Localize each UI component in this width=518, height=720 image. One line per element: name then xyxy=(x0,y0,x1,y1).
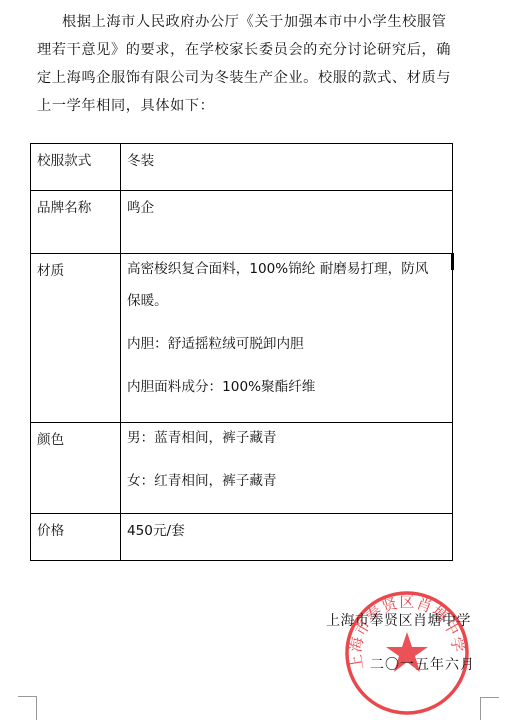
table-row: 材质 高密梭织复合面料，100%锦纶 耐磨易打理，防风 保暖。 内胆：舒适摇粒绒… xyxy=(31,254,453,423)
row-value-brand: 鸣企 xyxy=(121,191,453,254)
row-label-price: 价格 xyxy=(31,514,121,561)
row-label-style: 校服款式 xyxy=(31,144,121,191)
text-cursor-marker xyxy=(451,253,454,270)
official-seal-stamp: 上海市奉贤区肖塘中学 xyxy=(344,590,470,716)
material-line: 保暖。 xyxy=(127,291,446,311)
intro-paragraph: 根据上海市人民政府办公厅《关于加强本市中小学生校服管理若干意见》的要求，在学校家… xyxy=(37,8,457,120)
table-row: 价格 450元/套 xyxy=(31,514,453,561)
row-label-color: 颜色 xyxy=(31,423,121,514)
row-label-material: 材质 xyxy=(31,254,121,423)
lining-line: 内胆：舒适摇粒绒可脱卸内胆 xyxy=(127,334,446,354)
material-line: 高密梭织复合面料，100%锦纶 耐磨易打理，防风 xyxy=(127,259,446,279)
uniform-spec-table: 校服款式 冬装 品牌名称 鸣企 材质 高密梭织复合面料，100%锦纶 耐磨易打理… xyxy=(30,143,453,561)
table-row: 颜色 男：蓝青相间，裤子藏青 女：红青相间，裤子藏青 xyxy=(31,423,453,514)
row-value-style: 冬装 xyxy=(121,144,453,191)
table-row: 品牌名称 鸣企 xyxy=(31,191,453,254)
table-row: 校服款式 冬装 xyxy=(31,144,453,191)
row-value-material: 高密梭织复合面料，100%锦纶 耐磨易打理，防风 保暖。 内胆：舒适摇粒绒可脱卸… xyxy=(121,254,453,423)
document-date: 二〇一五年六月 xyxy=(370,654,475,674)
color-male-line: 男：蓝青相间，裤子藏青 xyxy=(127,428,446,448)
row-label-brand: 品牌名称 xyxy=(31,191,121,254)
page-corner-mark-left xyxy=(18,696,37,720)
school-signature: 上海市奉贤区肖塘中学 xyxy=(326,610,471,630)
row-value-price: 450元/套 xyxy=(121,514,453,561)
page-corner-mark-right xyxy=(480,697,499,720)
color-female-line: 女：红青相间，裤子藏青 xyxy=(127,471,446,491)
intro-text: 根据上海市人民政府办公厅《关于加强本市中小学生校服管理若干意见》的要求，在学校家… xyxy=(37,14,451,114)
row-value-color: 男：蓝青相间，裤子藏青 女：红青相间，裤子藏青 xyxy=(121,423,453,514)
lining-fabric-line: 内胆面料成分：100%聚酯纤维 xyxy=(127,377,446,397)
